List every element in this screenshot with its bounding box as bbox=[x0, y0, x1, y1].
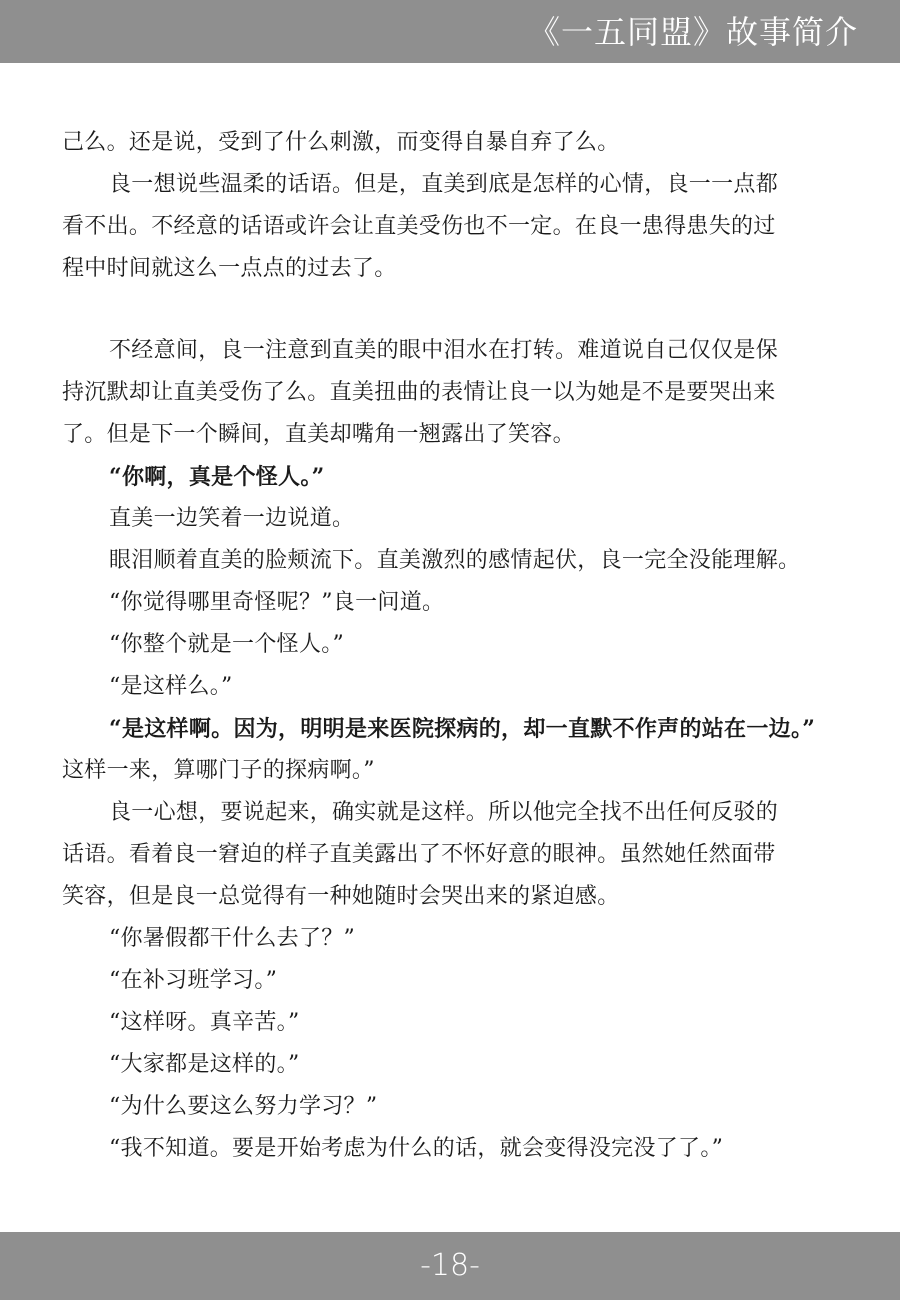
dialogue-line: “我不知道。要是开始考虑为什么的话，就会变得没完没了了。” bbox=[62, 1128, 838, 1170]
text-line: 看不出。不经意的话语或许会让直美受伤也不一定。在良一患得患失的过 bbox=[62, 206, 838, 248]
dialogue-line: “你暑假都干什么去了？” bbox=[62, 918, 838, 960]
dialogue-line: “大家都是这样的。” bbox=[62, 1044, 838, 1086]
dialogue-line: “这样呀。真辛苦。” bbox=[62, 1002, 838, 1044]
dialogue-line: “为什么要这么努力学习？” bbox=[62, 1086, 838, 1128]
dialogue-line: “是这样么。” bbox=[62, 666, 838, 708]
text-line: 话语。看着良一窘迫的样子直美露出了不怀好意的眼神。虽然她任然面带 bbox=[62, 834, 838, 876]
text-line: 直美一边笑着一边说道。 bbox=[62, 498, 838, 540]
page-number: -18- bbox=[0, 1246, 900, 1286]
header-bar: 《一五同盟》故事简介 bbox=[0, 0, 900, 63]
text-line: 程中时间就这么一点点的过去了。 bbox=[62, 248, 838, 290]
dialogue-line: “你觉得哪里奇怪呢？”良一问道。 bbox=[62, 582, 838, 624]
text-line: 笑容，但是良一总觉得有一种她随时会哭出来的紧迫感。 bbox=[62, 876, 838, 918]
dialogue-line-bold: “你啊，真是个怪人。” bbox=[62, 456, 838, 498]
page-title: 《一五同盟》故事简介 bbox=[528, 10, 858, 54]
text-line: 己么。还是说，受到了什么刺激，而变得自暴自弃了么。 bbox=[62, 122, 838, 164]
text-line: 了。但是下一个瞬间，直美却嘴角一翘露出了笑容。 bbox=[62, 414, 838, 456]
text-line: 眼泪顺着直美的脸颊流下。直美激烈的感情起伏，良一完全没能理解。 bbox=[62, 540, 838, 582]
dialogue-line: “你整个就是一个怪人。” bbox=[62, 624, 838, 666]
body-text: 己么。还是说，受到了什么刺激，而变得自暴自弃了么。 良一想说些温柔的话语。但是，… bbox=[62, 122, 838, 1170]
text-line: 良一心想，要说起来，确实就是这样。所以他完全找不出任何反驳的 bbox=[62, 792, 838, 834]
text-line: 良一想说些温柔的话语。但是，直美到底是怎样的心情，良一一点都 bbox=[62, 164, 838, 206]
text-line: 持沉默却让直美受伤了么。直美扭曲的表情让良一以为她是不是要哭出来 bbox=[62, 372, 838, 414]
text-line: 这样一来，算哪门子的探病啊。” bbox=[62, 750, 838, 792]
paragraph-gap bbox=[62, 290, 838, 330]
dialogue-line-bold: “是这样啊。因为，明明是来医院探病的，却一直默不作声的站在一边。” bbox=[62, 708, 838, 750]
text-line: 不经意间，良一注意到直美的眼中泪水在打转。难道说自己仅仅是保 bbox=[62, 330, 838, 372]
footer-bar: -18- bbox=[0, 1232, 900, 1300]
dialogue-line: “在补习班学习。” bbox=[62, 960, 838, 1002]
